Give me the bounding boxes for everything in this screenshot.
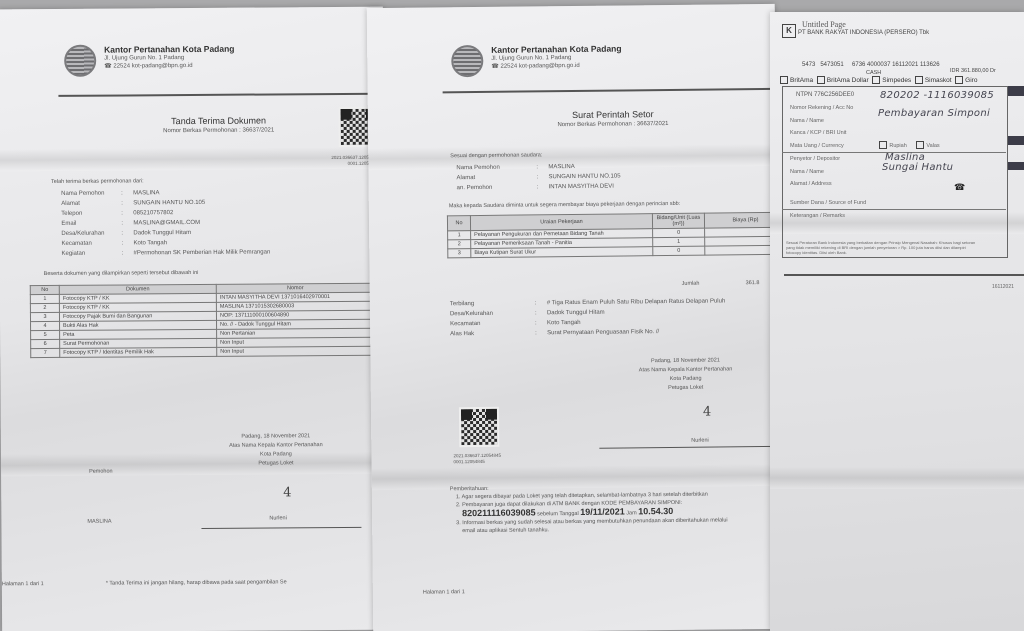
qr-caption: 2021.036637.12054845 0001.12054845 <box>299 155 379 168</box>
handwritten-payment-code: 820202 -1116039085 <box>880 90 994 101</box>
paper-crease <box>770 467 1024 489</box>
letterhead: Kantor Pertanahan Kota Padang Jl. Ujung … <box>64 44 235 77</box>
total-label: Jumlah <box>682 281 700 287</box>
applicant-fields: Nama Pemohon:MASLINA Alamat:SUNGAIN HANT… <box>61 187 270 258</box>
transaction-validation: 5473 5473051 6736 4000037 16112021 11362… <box>802 62 940 68</box>
payment-details: Terbilang:# Tiga Ratus Enam Puluh Satu R… <box>450 296 726 339</box>
footnote: * Tanda Terima ini jangan hilang, harap … <box>106 579 287 586</box>
bank-deposit-slip: Untitled Page K PT BANK RAKYAT INDONESIA… <box>770 12 1024 631</box>
payment-deadline-date: 19/11/2021 <box>580 506 625 516</box>
signature-block: Padang, 18 November 2021 Atas Nama Kepal… <box>211 432 341 469</box>
applicant-fields: Nama Pemohon:MASLINA Alamat:SUNGAIN HANT… <box>456 162 620 194</box>
detail-row: Alas Hak:Surat Pernyataan Penguasaan Fis… <box>450 326 726 339</box>
side-panel-band <box>1008 136 1024 145</box>
qr-code <box>459 407 499 447</box>
doc-subtitle: Nomor Berkas Permohonan : 36637/2021 <box>518 121 708 129</box>
officer-name: Nurleni <box>269 515 286 521</box>
officer-signature: 4 <box>703 405 711 420</box>
side-stamp: 16112021 <box>992 284 1014 290</box>
checkbox-giro[interactable]: Giro <box>955 77 977 84</box>
handwritten-depositor-address: Sungai Hantu <box>882 162 953 173</box>
checkbox-simaskot[interactable]: Simaskot <box>915 77 952 84</box>
side-panel-header <box>1008 86 1024 96</box>
phone-icon: ☎ <box>954 182 965 193</box>
payment-deadline-time: 10.54.30 <box>638 506 673 516</box>
doc-title: Surat Perintah Setor <box>518 109 708 121</box>
header-rule <box>58 93 378 97</box>
table-intro: Maka kepada Saudara diminta untuk segera… <box>449 201 681 209</box>
intro-text: Telah terima berkas permohonan dari: <box>51 178 144 185</box>
page-number: Halaman 1 dari 1 <box>2 581 44 587</box>
officer-name: Nurleni <box>691 438 708 444</box>
slip-bottom-rule <box>784 274 1024 276</box>
applicant-name: MASLINA <box>87 519 111 525</box>
ntpn-line: NTPN 776C256DEE0 <box>796 92 854 98</box>
validated-amount: IDR 361.880,00 Dr <box>950 68 996 74</box>
officer-signature: 4 <box>283 485 291 500</box>
checkbox-britama[interactable]: BritAma <box>780 77 813 84</box>
receipt-document: Kantor Pertanahan Kota Padang Jl. Ujung … <box>0 7 387 631</box>
signature-block: Padang, 18 November 2021 Atas Nama Kepal… <box>620 356 750 393</box>
signature-line <box>201 527 361 529</box>
org-name: Kantor Pertanahan Kota Padang <box>491 43 621 54</box>
fees-table: No Uraian Pekerjaan Bidang/Unit (Luas (m… <box>447 212 781 259</box>
qr-caption: 2021.036637.12054845 0001.12054845 <box>453 453 513 466</box>
table-intro: Beserta dokumen yang dilampirkan seperti… <box>44 270 199 277</box>
intro-text: Sesuai dengan permohonan saudara: <box>450 152 542 159</box>
field-row: an. Pemohon:INTAN MASYITHA DEVI <box>457 182 621 194</box>
handwritten-account-name: Pembayaran Simponi <box>878 108 990 119</box>
header-rule <box>443 88 773 93</box>
print-stamp: Untitled Page <box>802 20 846 29</box>
doc-subtitle: Nomor Berkas Permohonan : 36637/2021 <box>129 127 309 134</box>
doc-title: Tanda Terima Dokumen <box>129 115 309 126</box>
bpn-logo-icon <box>451 45 483 77</box>
bank-name: PT BANK RAKYAT INDONESIA (PERSERO) Tbk <box>798 30 929 36</box>
org-contact: ☎ 22524 kot-padang@bpn.go.id <box>104 62 234 71</box>
table-row: 7Fotocopy KTP / Identitas Pemilik HakNon… <box>31 346 375 357</box>
letterhead: Kantor Pertanahan Kota Padang Jl. Ujung … <box>451 43 622 77</box>
account-type-options: BritAma BritAma Dollar Simpedes Simaskot… <box>780 76 977 84</box>
slip-footnote: Sesuai Peraturan Bank Indonesia yang ber… <box>786 240 981 255</box>
org-contact: ☎ 22524 kot-padang@bpn.go.id <box>491 61 621 70</box>
payment-code: 820211116039085 <box>462 507 536 518</box>
checkbox-britama-dollar[interactable]: BritAma Dollar <box>817 77 869 84</box>
checkbox-simpedes[interactable]: Simpedes <box>872 77 911 84</box>
bpn-logo-icon <box>64 45 96 77</box>
bri-logo-icon: K <box>782 24 796 38</box>
field-row: Kegiatan:#Permohonan SK Pemberian Hak Mi… <box>62 247 271 258</box>
notice-block: Pemberitahuan: 1. Agar segera dibayar pa… <box>450 482 781 535</box>
signature-line <box>599 446 779 449</box>
checkbox-valas[interactable]: Valas <box>916 143 939 149</box>
total-value: 361.8 <box>746 280 760 286</box>
org-name: Kantor Pertanahan Kota Padang <box>104 44 234 55</box>
side-panel-band <box>1008 162 1024 170</box>
payment-order-document: Kantor Pertanahan Kota Padang Jl. Ujung … <box>367 4 782 631</box>
checkbox-rupiah[interactable]: Rupiah <box>879 143 906 149</box>
applicant-label: Pemohon <box>89 469 113 475</box>
page-number: Halaman 1 dari 1 <box>423 589 465 595</box>
documents-table: No Dokumen Nomor 1Fotocopy KTP / KKINTAN… <box>30 283 376 358</box>
